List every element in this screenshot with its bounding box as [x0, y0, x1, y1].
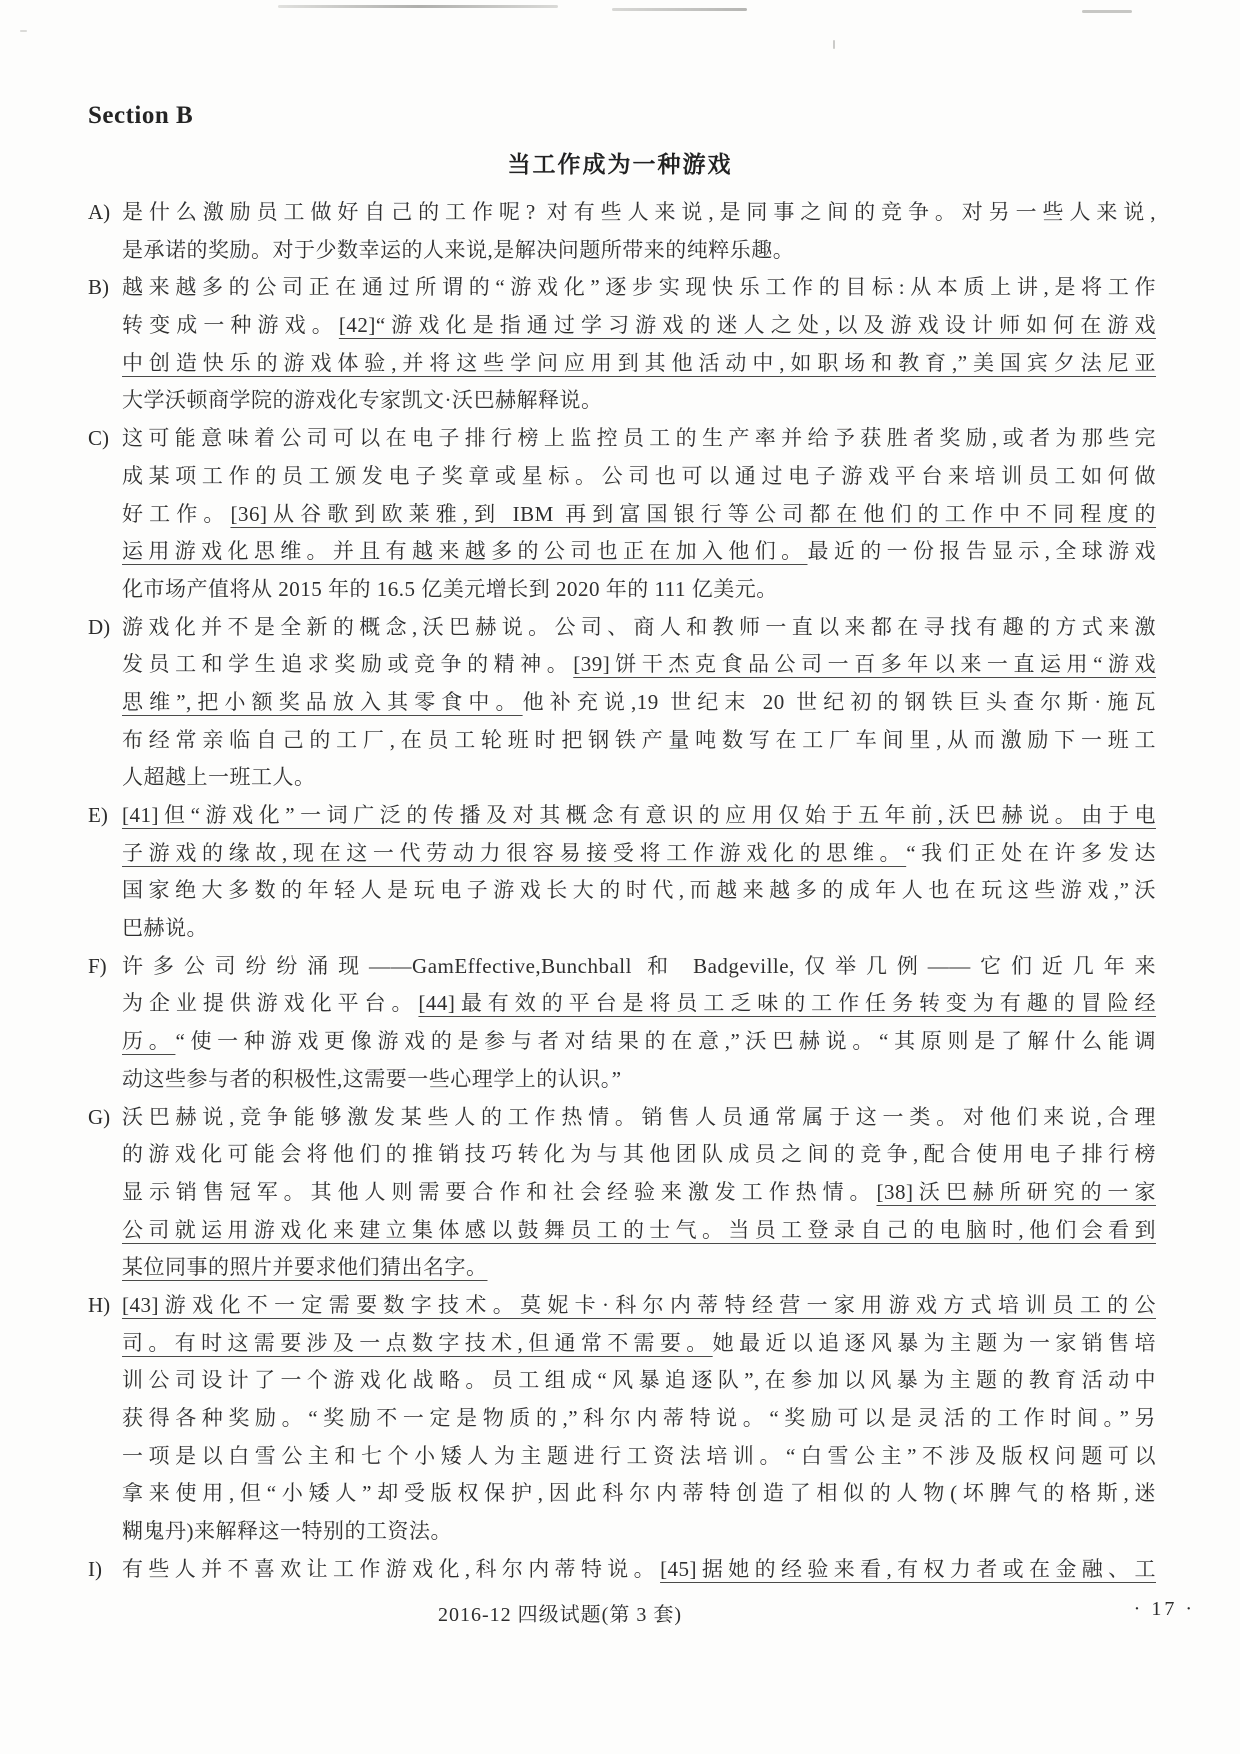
paragraph-indent: [88, 1249, 122, 1287]
underlined-text: [39]饼干杰克食品公司一百多年以来一直运用“游戏: [573, 652, 1156, 676]
paragraph-indent: [88, 1023, 122, 1061]
passage-line-text: 显示销售冠军。其他人则需要合作和社会经验来激发工作热情。[38]沃巴赫所研究的一…: [122, 1174, 1156, 1212]
plain-text: 发员工和学生追求奖励或竞争的精神。: [122, 652, 573, 676]
paragraph-indent: [88, 533, 122, 571]
passage-line: 好工作。[36]从谷歌到欧莱雅,到 IBM 再到富国银行等公司都在他们的工作中不…: [88, 496, 1156, 534]
passage-line: B)越来越多的公司正在通过所谓的“游戏化”逐步实现快乐工作的目标:从本质上讲,是…: [88, 269, 1156, 307]
passage-line: F)许多公司纷纷涌现——GamEffective,Bunchball 和 Bad…: [88, 948, 1156, 986]
passage-line: 大学沃顿商学院的游戏化专家凯文·沃巴赫解释说。: [88, 382, 1156, 420]
passage-line-text: 的游戏化可能会将他们的推销技巧转化为与其他团队成员之间的竞争,配合使用电子排行榜: [122, 1136, 1156, 1174]
passage-line: D)游戏化并不是全新的概念,沃巴赫说。公司、商人和教师一直以来都在寻找有趣的方式…: [88, 609, 1156, 647]
plain-text: 巴赫说。: [122, 916, 208, 940]
plain-text: 沃巴赫说,竞争能够激发某些人的工作热情。销售人员通常属于这一类。对他们来说,合理: [122, 1105, 1156, 1129]
passage-line-text: 大学沃顿商学院的游戏化专家凯文·沃巴赫解释说。: [122, 382, 1156, 420]
passage-line-text: 国家绝大多数的年轻人是玩电子游戏长大的时代,而越来越多的成年人也在玩这些游戏,”…: [122, 872, 1156, 910]
paragraph-indent: [88, 1513, 122, 1551]
plain-text: 他补充说,19 世纪末 20 世纪初的钢铁巨头查尔斯·施瓦: [523, 690, 1156, 714]
passage-line-text: 好工作。[36]从谷歌到欧莱雅,到 IBM 再到富国银行等公司都在他们的工作中不…: [122, 496, 1156, 534]
passage-line: H)[43]游戏化不一定需要数字技术。莫妮卡·科尔内蒂特经营一家用游戏方式培训员…: [88, 1287, 1156, 1325]
paragraph-C: C)这可能意味着公司可以在电子排行榜上监控员工的生产率并给予获胜者奖励,或者为那…: [88, 420, 1156, 608]
passage-line-text: 公司就运用游戏化来建立集体感以鼓舞员工的士气。当员工登录自己的电脑时,他们会看到: [122, 1212, 1156, 1250]
passage-line-text: 历。“使一种游戏更像游戏的是参与者对结果的在意,”沃巴赫说。“其原则是了解什么能…: [122, 1023, 1156, 1061]
plain-text: 越来越多的公司正在通过所谓的“游戏化”逐步实现快乐工作的目标:从本质上讲,是将工…: [122, 275, 1156, 299]
underlined-text: 司。有时这需要涉及一点数字技术,但通常不需要。: [122, 1331, 713, 1355]
underlined-text: 中创造快乐的游戏体验,并将这些学问应用到其他活动中,如职场和教育,”美国宾夕法尼…: [122, 351, 1156, 375]
passage-line: 训公司设计了一个游戏化战略。员工组成“风暴追逐队”,在参加以风暴为主题的教育活动…: [88, 1362, 1156, 1400]
passage-line-text: 有些人并不喜欢让工作游戏化,科尔内蒂特说。[45]据她的经验来看,有权力者或在金…: [122, 1551, 1156, 1589]
plain-text: 人超越上一班工人。: [122, 765, 316, 789]
passage-line: 巴赫说。: [88, 910, 1156, 948]
scan-artifact: [833, 40, 835, 49]
paragraph-indent: [88, 458, 122, 496]
paragraph-indent: [88, 684, 122, 722]
paragraph-label: B): [88, 269, 122, 307]
passage-line: 糊鬼丹)来解释这一特别的工资法。: [88, 1513, 1156, 1551]
section-heading: Section B: [88, 102, 193, 130]
paragraph-indent: [88, 646, 122, 684]
underlined-text: [38]沃巴赫所研究的一家: [876, 1180, 1156, 1204]
plain-text: 大学沃顿商学院的游戏化专家凯文·沃巴赫解释说。: [122, 388, 603, 412]
plain-text: 国家绝大多数的年轻人是玩电子游戏长大的时代,而越来越多的成年人也在玩这些游戏,”…: [122, 878, 1156, 902]
passage-line: 子游戏的缘故,现在这一代劳动力很容易接受将工作游戏化的思维。“我们正处在许多发达: [88, 835, 1156, 873]
underlined-text: 历。: [122, 1029, 175, 1053]
plain-text: 拿来使用,但“小矮人”却受版权保护,因此科尔内蒂特创造了相似的人物(坏脾气的格斯…: [122, 1481, 1156, 1505]
plain-text: 糊鬼丹)来解释这一特别的工资法。: [122, 1519, 452, 1543]
plain-text: 好工作。: [122, 502, 230, 526]
passage-line: 发员工和学生追求奖励或竞争的精神。[39]饼干杰克食品公司一百多年以来一直运用“…: [88, 646, 1156, 684]
passage-line: 显示销售冠军。其他人则需要合作和社会经验来激发工作热情。[38]沃巴赫所研究的一…: [88, 1174, 1156, 1212]
passage-line-text: 发员工和学生追求奖励或竞争的精神。[39]饼干杰克食品公司一百多年以来一直运用“…: [122, 646, 1156, 684]
paragraph-indent: [88, 1212, 122, 1250]
paragraph-indent: [88, 307, 122, 345]
passage-line-text: 转变成一种游戏。[42]“游戏化是指通过学习游戏的迷人之处,以及游戏设计师如何在…: [122, 307, 1156, 345]
passage-line: 拿来使用,但“小矮人”却受版权保护,因此科尔内蒂特创造了相似的人物(坏脾气的格斯…: [88, 1475, 1156, 1513]
underlined-text: 子游戏的缘故,现在这一代劳动力很容易接受将工作游戏化的思维。: [122, 841, 906, 865]
passage-line: A)是什么激励员工做好自己的工作呢? 对有些人来说,是同事之间的竞争。对另一些人…: [88, 194, 1156, 232]
plain-text: 成某项工作的员工颁发电子奖章或星标。公司也可以通过电子游戏平台来培训员工如何做: [122, 464, 1156, 488]
plain-text: “我们正处在许多发达: [906, 841, 1156, 865]
passage-line: 国家绝大多数的年轻人是玩电子游戏长大的时代,而越来越多的成年人也在玩这些游戏,”…: [88, 872, 1156, 910]
passage-line-text: 获得各种奖励。“奖励不一定是物质的,”科尔内蒂特说。“奖励可以是灵活的工作时间。…: [122, 1400, 1156, 1438]
underlined-text: [44]最有效的平台是将员工乏味的工作任务转变为有趣的冒险经: [418, 991, 1156, 1015]
passage-line: 某位同事的照片并要求他们猜出名字。: [88, 1249, 1156, 1287]
page-footer: 2016-12 四级试题(第 3 套) · 17 ·: [0, 1598, 1240, 1630]
plain-text: 是承诺的奖励。对于少数幸运的人来说,是解决问题所带来的纯粹乐趣。: [122, 238, 794, 262]
passage-line-text: 思维”,把小额奖品放入其零食中。他补充说,19 世纪末 20 世纪初的钢铁巨头查…: [122, 684, 1156, 722]
paragraph-indent: [88, 345, 122, 383]
passage-line: I)有些人并不喜欢让工作游戏化,科尔内蒂特说。[45]据她的经验来看,有权力者或…: [88, 1551, 1156, 1589]
passage: A)是什么激励员工做好自己的工作呢? 对有些人来说,是同事之间的竞争。对另一些人…: [88, 194, 1156, 1588]
passage-line-text: 子游戏的缘故,现在这一代劳动力很容易接受将工作游戏化的思维。“我们正处在许多发达: [122, 835, 1156, 873]
paragraph-indent: [88, 232, 122, 270]
passage-line-text: 游戏化并不是全新的概念,沃巴赫说。公司、商人和教师一直以来都在寻找有趣的方式来激: [122, 609, 1156, 647]
paragraph-label: D): [88, 609, 122, 647]
passage-line: 的游戏化可能会将他们的推销技巧转化为与其他团队成员之间的竞争,配合使用电子排行榜: [88, 1136, 1156, 1174]
passage-title: 当工作成为一种游戏: [0, 146, 1240, 179]
passage-line-text: 训公司设计了一个游戏化战略。员工组成“风暴追逐队”,在参加以风暴为主题的教育活动…: [122, 1362, 1156, 1400]
plain-text: “使一种游戏更像游戏的是参与者对结果的在意,”沃巴赫说。“其原则是了解什么能调: [175, 1029, 1156, 1053]
passage-line-text: 巴赫说。: [122, 910, 1156, 948]
scan-artifact: [1082, 10, 1132, 13]
passage-line: 是承诺的奖励。对于少数幸运的人来说,是解决问题所带来的纯粹乐趣。: [88, 232, 1156, 270]
plain-text: 显示销售冠军。其他人则需要合作和社会经验来激发工作热情。: [122, 1180, 876, 1204]
plain-text: 的游戏化可能会将他们的推销技巧转化为与其他团队成员之间的竞争,配合使用电子排行榜: [122, 1142, 1156, 1166]
paragraph-label: G): [88, 1099, 122, 1137]
underlined-text: [45]据她的经验来看,有权力者或在金融、工: [660, 1557, 1156, 1581]
paragraph-indent: [88, 1400, 122, 1438]
passage-line: 司。有时这需要涉及一点数字技术,但通常不需要。她最近以追逐风暴为主题为一家销售培: [88, 1325, 1156, 1363]
paragraph-indent: [88, 1136, 122, 1174]
paragraph-indent: [88, 496, 122, 534]
paragraph-indent: [88, 759, 122, 797]
passage-line: 历。“使一种游戏更像游戏的是参与者对结果的在意,”沃巴赫说。“其原则是了解什么能…: [88, 1023, 1156, 1061]
page-number: · 17 ·: [1134, 1598, 1195, 1621]
paragraph-A: A)是什么激励员工做好自己的工作呢? 对有些人来说,是同事之间的竞争。对另一些人…: [88, 194, 1156, 269]
plain-text: 游戏化并不是全新的概念,沃巴赫说。公司、商人和教师一直以来都在寻找有趣的方式来激: [122, 615, 1156, 639]
passage-line-text: 为企业提供游戏化平台。[44]最有效的平台是将员工乏味的工作任务转变为有趣的冒险…: [122, 985, 1156, 1023]
paragraph-indent: [88, 872, 122, 910]
paragraph-H: H)[43]游戏化不一定需要数字技术。莫妮卡·科尔内蒂特经营一家用游戏方式培训员…: [88, 1287, 1156, 1551]
passage-line-text: 司。有时这需要涉及一点数字技术,但通常不需要。她最近以追逐风暴为主题为一家销售培: [122, 1325, 1156, 1363]
passage-line-text: 人超越上一班工人。: [122, 759, 1156, 797]
paragraph-indent: [88, 1362, 122, 1400]
paragraph-label: C): [88, 420, 122, 458]
passage-line-text: 化市场产值将从 2015 年的 16.5 亿美元增长到 2020 年的 111 …: [122, 571, 1156, 609]
underlined-text: [36]从谷歌到欧莱雅,到 IBM 再到富国银行等公司都在他们的工作中不同程度的: [230, 502, 1156, 526]
paragraph-indent: [88, 1475, 122, 1513]
plain-text: 转变成一种游戏。: [122, 313, 339, 337]
paragraph-label: E): [88, 797, 122, 835]
passage-line-text: 拿来使用,但“小矮人”却受版权保护,因此科尔内蒂特创造了相似的人物(坏脾气的格斯…: [122, 1475, 1156, 1513]
passage-line: 转变成一种游戏。[42]“游戏化是指通过学习游戏的迷人之处,以及游戏设计师如何在…: [88, 307, 1156, 345]
passage-line: 动这些参与者的积极性,这需要一些心理学上的认识。”: [88, 1061, 1156, 1099]
passage-line-text: 这可能意味着公司可以在电子排行榜上监控员工的生产率并给予获胜者奖励,或者为那些完: [122, 420, 1156, 458]
plain-text: 动这些参与者的积极性,这需要一些心理学上的认识。”: [122, 1067, 622, 1091]
paragraph-E: E)[41]但“游戏化”一词广泛的传播及对其概念有意识的应用仅始于五年前,沃巴赫…: [88, 797, 1156, 948]
underlined-text: 运用游戏化思维。并且有越来越多的公司也正在加入他们。: [122, 539, 808, 563]
passage-line-text: 动这些参与者的积极性,这需要一些心理学上的认识。”: [122, 1061, 1156, 1099]
passage-line: 人超越上一班工人。: [88, 759, 1156, 797]
passage-line: C)这可能意味着公司可以在电子排行榜上监控员工的生产率并给予获胜者奖励,或者为那…: [88, 420, 1156, 458]
paragraph-indent: [88, 571, 122, 609]
plain-text: 获得各种奖励。“奖励不一定是物质的,”科尔内蒂特说。“奖励可以是灵活的工作时间。…: [122, 1406, 1156, 1430]
paragraph-G: G)沃巴赫说,竞争能够激发某些人的工作热情。销售人员通常属于这一类。对他们来说,…: [88, 1099, 1156, 1287]
exam-label: 2016-12 四级试题(第 3 套): [0, 1598, 1120, 1627]
passage-line-text: 许多公司纷纷涌现——GamEffective,Bunchball 和 Badge…: [122, 948, 1156, 986]
passage-line-text: 是承诺的奖励。对于少数幸运的人来说,是解决问题所带来的纯粹乐趣。: [122, 232, 1156, 270]
plain-text: 一项是以白雪公主和七个小矮人为主题进行工资法培训。“白雪公主”不涉及版权问题可以: [122, 1444, 1156, 1468]
passage-line-text: 运用游戏化思维。并且有越来越多的公司也正在加入他们。最近的一份报告显示,全球游戏: [122, 533, 1156, 571]
scanned-exam-page: Section B 当工作成为一种游戏 A)是什么激励员工做好自己的工作呢? 对…: [0, 0, 1240, 1754]
underlined-text: [41]但“游戏化”一词广泛的传播及对其概念有意识的应用仅始于五年前,沃巴赫说。…: [122, 803, 1156, 827]
passage-line: 为企业提供游戏化平台。[44]最有效的平台是将员工乏味的工作任务转变为有趣的冒险…: [88, 985, 1156, 1023]
passage-line-text: 布经常亲临自己的工厂,在员工轮班时把钢铁产量吨数写在工厂车间里,从而激励下一班工: [122, 722, 1156, 760]
passage-line: 布经常亲临自己的工厂,在员工轮班时把钢铁产量吨数写在工厂车间里,从而激励下一班工: [88, 722, 1156, 760]
paragraph-D: D)游戏化并不是全新的概念,沃巴赫说。公司、商人和教师一直以来都在寻找有趣的方式…: [88, 609, 1156, 797]
paragraph-I: I)有些人并不喜欢让工作游戏化,科尔内蒂特说。[45]据她的经验来看,有权力者或…: [88, 1551, 1156, 1589]
passage-line: 成某项工作的员工颁发电子奖章或星标。公司也可以通过电子游戏平台来培训员工如何做: [88, 458, 1156, 496]
plain-text: 有些人并不喜欢让工作游戏化,科尔内蒂特说。: [122, 1557, 660, 1581]
paragraph-indent: [88, 910, 122, 948]
underlined-text: [43]游戏化不一定需要数字技术。莫妮卡·科尔内蒂特经营一家用游戏方式培训员工的…: [122, 1293, 1156, 1317]
plain-text: 布经常亲临自己的工厂,在员工轮班时把钢铁产量吨数写在工厂车间里,从而激励下一班工: [122, 728, 1156, 752]
underlined-text: 某位同事的照片并要求他们猜出名字。: [122, 1255, 488, 1279]
passage-line-text: 中创造快乐的游戏体验,并将这些学问应用到其他活动中,如职场和教育,”美国宾夕法尼…: [122, 345, 1156, 383]
passage-line: 中创造快乐的游戏体验,并将这些学问应用到其他活动中,如职场和教育,”美国宾夕法尼…: [88, 345, 1156, 383]
paragraph-label: H): [88, 1287, 122, 1325]
underlined-text: 公司就运用游戏化来建立集体感以鼓舞员工的士气。当员工登录自己的电脑时,他们会看到: [122, 1218, 1156, 1242]
passage-line-text: 是什么激励员工做好自己的工作呢? 对有些人来说,是同事之间的竞争。对另一些人来说…: [122, 194, 1156, 232]
passage-line-text: 一项是以白雪公主和七个小矮人为主题进行工资法培训。“白雪公主”不涉及版权问题可以: [122, 1438, 1156, 1476]
paragraph-label: A): [88, 194, 122, 232]
plain-text: 她最近以追逐风暴为主题为一家销售培: [713, 1331, 1156, 1355]
passage-line: 一项是以白雪公主和七个小矮人为主题进行工资法培训。“白雪公主”不涉及版权问题可以: [88, 1438, 1156, 1476]
passage-line-text: 沃巴赫说,竞争能够激发某些人的工作热情。销售人员通常属于这一类。对他们来说,合理: [122, 1099, 1156, 1137]
passage-line: 公司就运用游戏化来建立集体感以鼓舞员工的士气。当员工登录自己的电脑时,他们会看到: [88, 1212, 1156, 1250]
passage-line-text: 某位同事的照片并要求他们猜出名字。: [122, 1249, 1156, 1287]
scan-artifact: [278, 5, 558, 8]
passage-line-text: [43]游戏化不一定需要数字技术。莫妮卡·科尔内蒂特经营一家用游戏方式培训员工的…: [122, 1287, 1156, 1325]
passage-line: 化市场产值将从 2015 年的 16.5 亿美元增长到 2020 年的 111 …: [88, 571, 1156, 609]
passage-line-text: 成某项工作的员工颁发电子奖章或星标。公司也可以通过电子游戏平台来培训员工如何做: [122, 458, 1156, 496]
passage-line: E)[41]但“游戏化”一词广泛的传播及对其概念有意识的应用仅始于五年前,沃巴赫…: [88, 797, 1156, 835]
passage-line: 获得各种奖励。“奖励不一定是物质的,”科尔内蒂特说。“奖励可以是灵活的工作时间。…: [88, 1400, 1156, 1438]
paragraph-F: F)许多公司纷纷涌现——GamEffective,Bunchball 和 Bad…: [88, 948, 1156, 1099]
paragraph-indent: [88, 1174, 122, 1212]
plain-text: 化市场产值将从 2015 年的 16.5 亿美元增长到 2020 年的 111 …: [122, 577, 778, 601]
plain-text: 最近的一份报告显示,全球游戏: [808, 539, 1157, 563]
scan-artifact: [20, 30, 27, 32]
paragraph-indent: [88, 722, 122, 760]
passage-line-text: 糊鬼丹)来解释这一特别的工资法。: [122, 1513, 1156, 1551]
passage-line-text: [41]但“游戏化”一词广泛的传播及对其概念有意识的应用仅始于五年前,沃巴赫说。…: [122, 797, 1156, 835]
scan-artifact: [612, 8, 747, 11]
paragraph-indent: [88, 382, 122, 420]
paragraph-indent: [88, 1438, 122, 1476]
paragraph-indent: [88, 1325, 122, 1363]
passage-line: 运用游戏化思维。并且有越来越多的公司也正在加入他们。最近的一份报告显示,全球游戏: [88, 533, 1156, 571]
paragraph-indent: [88, 1061, 122, 1099]
plain-text: 许多公司纷纷涌现——GamEffective,Bunchball 和 Badge…: [122, 954, 1156, 978]
underlined-text: [42]“游戏化是指通过学习游戏的迷人之处,以及游戏设计师如何在游戏: [339, 313, 1156, 337]
paragraph-indent: [88, 985, 122, 1023]
paragraph-B: B)越来越多的公司正在通过所谓的“游戏化”逐步实现快乐工作的目标:从本质上讲,是…: [88, 269, 1156, 420]
paragraph-indent: [88, 835, 122, 873]
plain-text: 这可能意味着公司可以在电子排行榜上监控员工的生产率并给予获胜者奖励,或者为那些完: [122, 426, 1156, 450]
paragraph-label: I): [88, 1551, 122, 1589]
passage-line: 思维”,把小额奖品放入其零食中。他补充说,19 世纪末 20 世纪初的钢铁巨头查…: [88, 684, 1156, 722]
passage-line-text: 越来越多的公司正在通过所谓的“游戏化”逐步实现快乐工作的目标:从本质上讲,是将工…: [122, 269, 1156, 307]
underlined-text: 思维”,把小额奖品放入其零食中。: [122, 690, 523, 714]
passage-line: G)沃巴赫说,竞争能够激发某些人的工作热情。销售人员通常属于这一类。对他们来说,…: [88, 1099, 1156, 1137]
plain-text: 训公司设计了一个游戏化战略。员工组成“风暴追逐队”,在参加以风暴为主题的教育活动…: [122, 1368, 1156, 1392]
paragraph-label: F): [88, 948, 122, 986]
plain-text: 为企业提供游戏化平台。: [122, 991, 418, 1015]
plain-text: 是什么激励员工做好自己的工作呢? 对有些人来说,是同事之间的竞争。对另一些人来说…: [122, 200, 1156, 224]
